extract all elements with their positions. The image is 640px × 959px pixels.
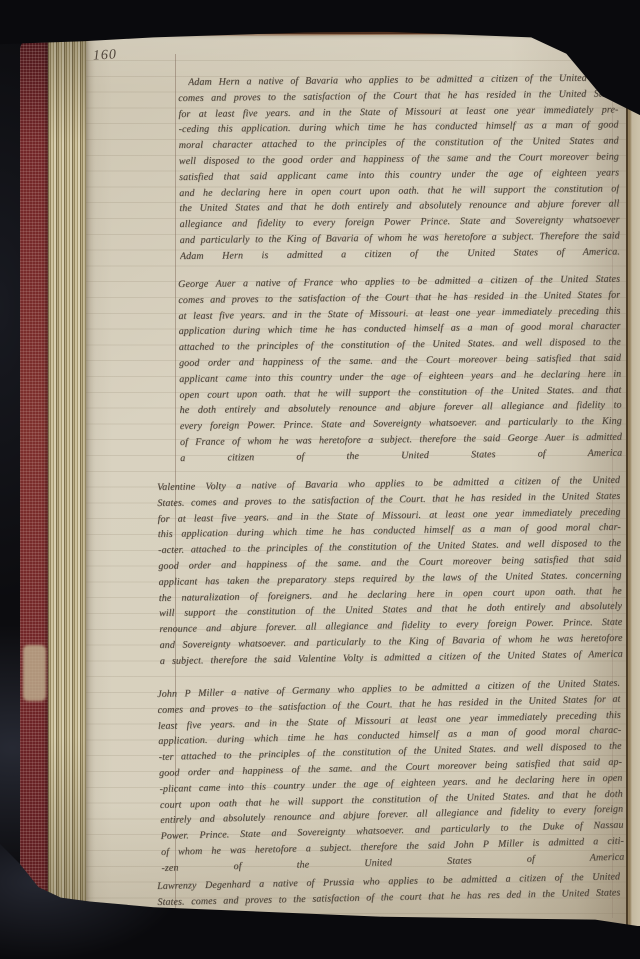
page-fan-edges bbox=[48, 36, 88, 934]
record-john-p-miller: John P Miller a native of Germany who ap… bbox=[157, 676, 624, 877]
record-valentine-volty: Valentine Volty a native of Bavaria who … bbox=[157, 473, 623, 670]
facing-page-edge bbox=[626, 28, 640, 926]
page-number: 160 bbox=[93, 47, 118, 64]
ledger-page: 160 Adam Hern a native of Bavaria who ap… bbox=[86, 34, 630, 930]
cover-worn-patch bbox=[23, 645, 46, 701]
record-adam-hern: Adam Hern a native of Bavaria who applie… bbox=[178, 70, 620, 264]
book-cover-edge bbox=[20, 40, 50, 910]
record-george-auer: George Auer a native of France who appli… bbox=[178, 272, 622, 467]
book-photo: 160 Adam Hern a native of Bavaria who ap… bbox=[20, 28, 640, 930]
photo-scene: 160 Adam Hern a native of Bavaria who ap… bbox=[0, 0, 640, 959]
